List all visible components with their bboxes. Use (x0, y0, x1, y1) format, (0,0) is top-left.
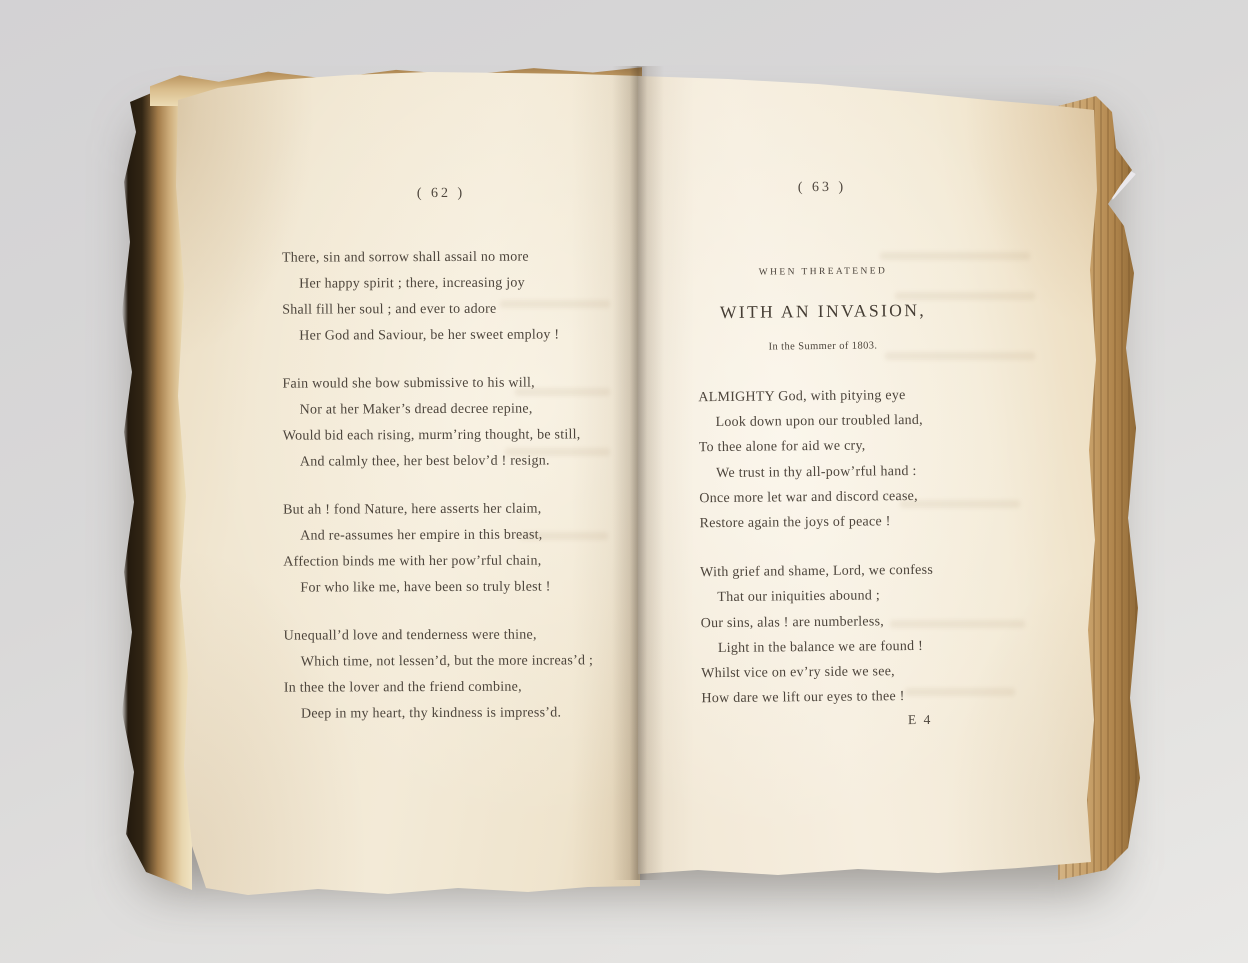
book-photograph: ( 62 ) There, sin and sorrow shall assai… (0, 0, 1248, 963)
poem-line: Her God and Saviour, be her sweet employ… (282, 322, 592, 349)
poem-line: Whilst vice on ev’ry side we see, (701, 659, 934, 687)
poem-line: Our sins, alas ! are numberless, (701, 608, 934, 636)
left-page-poem: There, sin and sorrow shall assail no mo… (282, 244, 594, 749)
right-page-number: ( 63 ) (672, 178, 972, 197)
poem-line: Affection binds me with her pow’rful cha… (283, 548, 593, 575)
stanza: With grief and shame, Lord, we confess T… (700, 558, 934, 712)
poem-line: ALMIGHTY God, with pitying eye (698, 383, 931, 411)
poem-line: That our iniquities abound ; (700, 583, 933, 611)
poem-line: To thee alone for aid we cry, (699, 433, 932, 461)
poem-line: In thee the lover and the friend combine… (284, 674, 594, 701)
right-page-poem: ALMIGHTY God, with pitying eye Look down… (698, 383, 935, 736)
poem-line: Restore again the joys of peace ! (699, 509, 932, 537)
poem-line: Look down upon our troubled land, (698, 408, 931, 436)
poem-line: For who like me, have been so truly bles… (283, 574, 593, 601)
poem-line: There, sin and sorrow shall assail no mo… (282, 244, 592, 271)
poem-line: Unequall’d love and tenderness were thin… (284, 622, 594, 649)
poem-line: Which time, not lessen’d, but the more i… (284, 648, 594, 675)
poem-line: Once more let war and discord cease, (699, 484, 932, 512)
poem-line: Shall fill her soul ; and ever to adore (282, 296, 592, 323)
signature-mark: E 4 (908, 712, 933, 728)
poem-line: Would bid each rising, murm’ring thought… (283, 422, 593, 449)
show-through (885, 352, 1035, 360)
poem-line: Her happy spirit ; there, increasing joy (282, 270, 592, 297)
poem-line: But ah ! fond Nature, here asserts her c… (283, 496, 593, 523)
poem-line: How dare we lift our eyes to thee ! (701, 684, 934, 712)
poem-line: And calmly thee, her best belov’d ! resi… (283, 448, 593, 475)
page-gutter (612, 66, 664, 880)
poem-line: We trust in thy all-pow’rful hand : (699, 458, 932, 486)
stanza: ALMIGHTY God, with pitying eye Look down… (698, 383, 932, 537)
show-through (880, 252, 1030, 260)
poem-line: Deep in my heart, thy kindness is impres… (284, 700, 594, 727)
stanza: There, sin and sorrow shall assail no mo… (282, 244, 592, 349)
poem-title: WITH AN INVASION, (663, 299, 983, 323)
poem-line: With grief and shame, Lord, we confess (700, 558, 933, 586)
poem-line: Fain would she bow submissive to his wil… (282, 370, 592, 397)
poem-line: Light in the balance we are found ! (701, 633, 934, 661)
poem-line: Nor at her Maker’s dread decree repine, (283, 396, 593, 423)
stanza: Unequall’d love and tenderness were thin… (284, 622, 594, 727)
stanza: Fain would she bow submissive to his wil… (282, 370, 592, 475)
poem-line: And re-assumes her empire in this breast… (283, 522, 593, 549)
stanza: But ah ! fond Nature, here asserts her c… (283, 496, 593, 601)
left-page-number: ( 62 ) (283, 185, 599, 202)
